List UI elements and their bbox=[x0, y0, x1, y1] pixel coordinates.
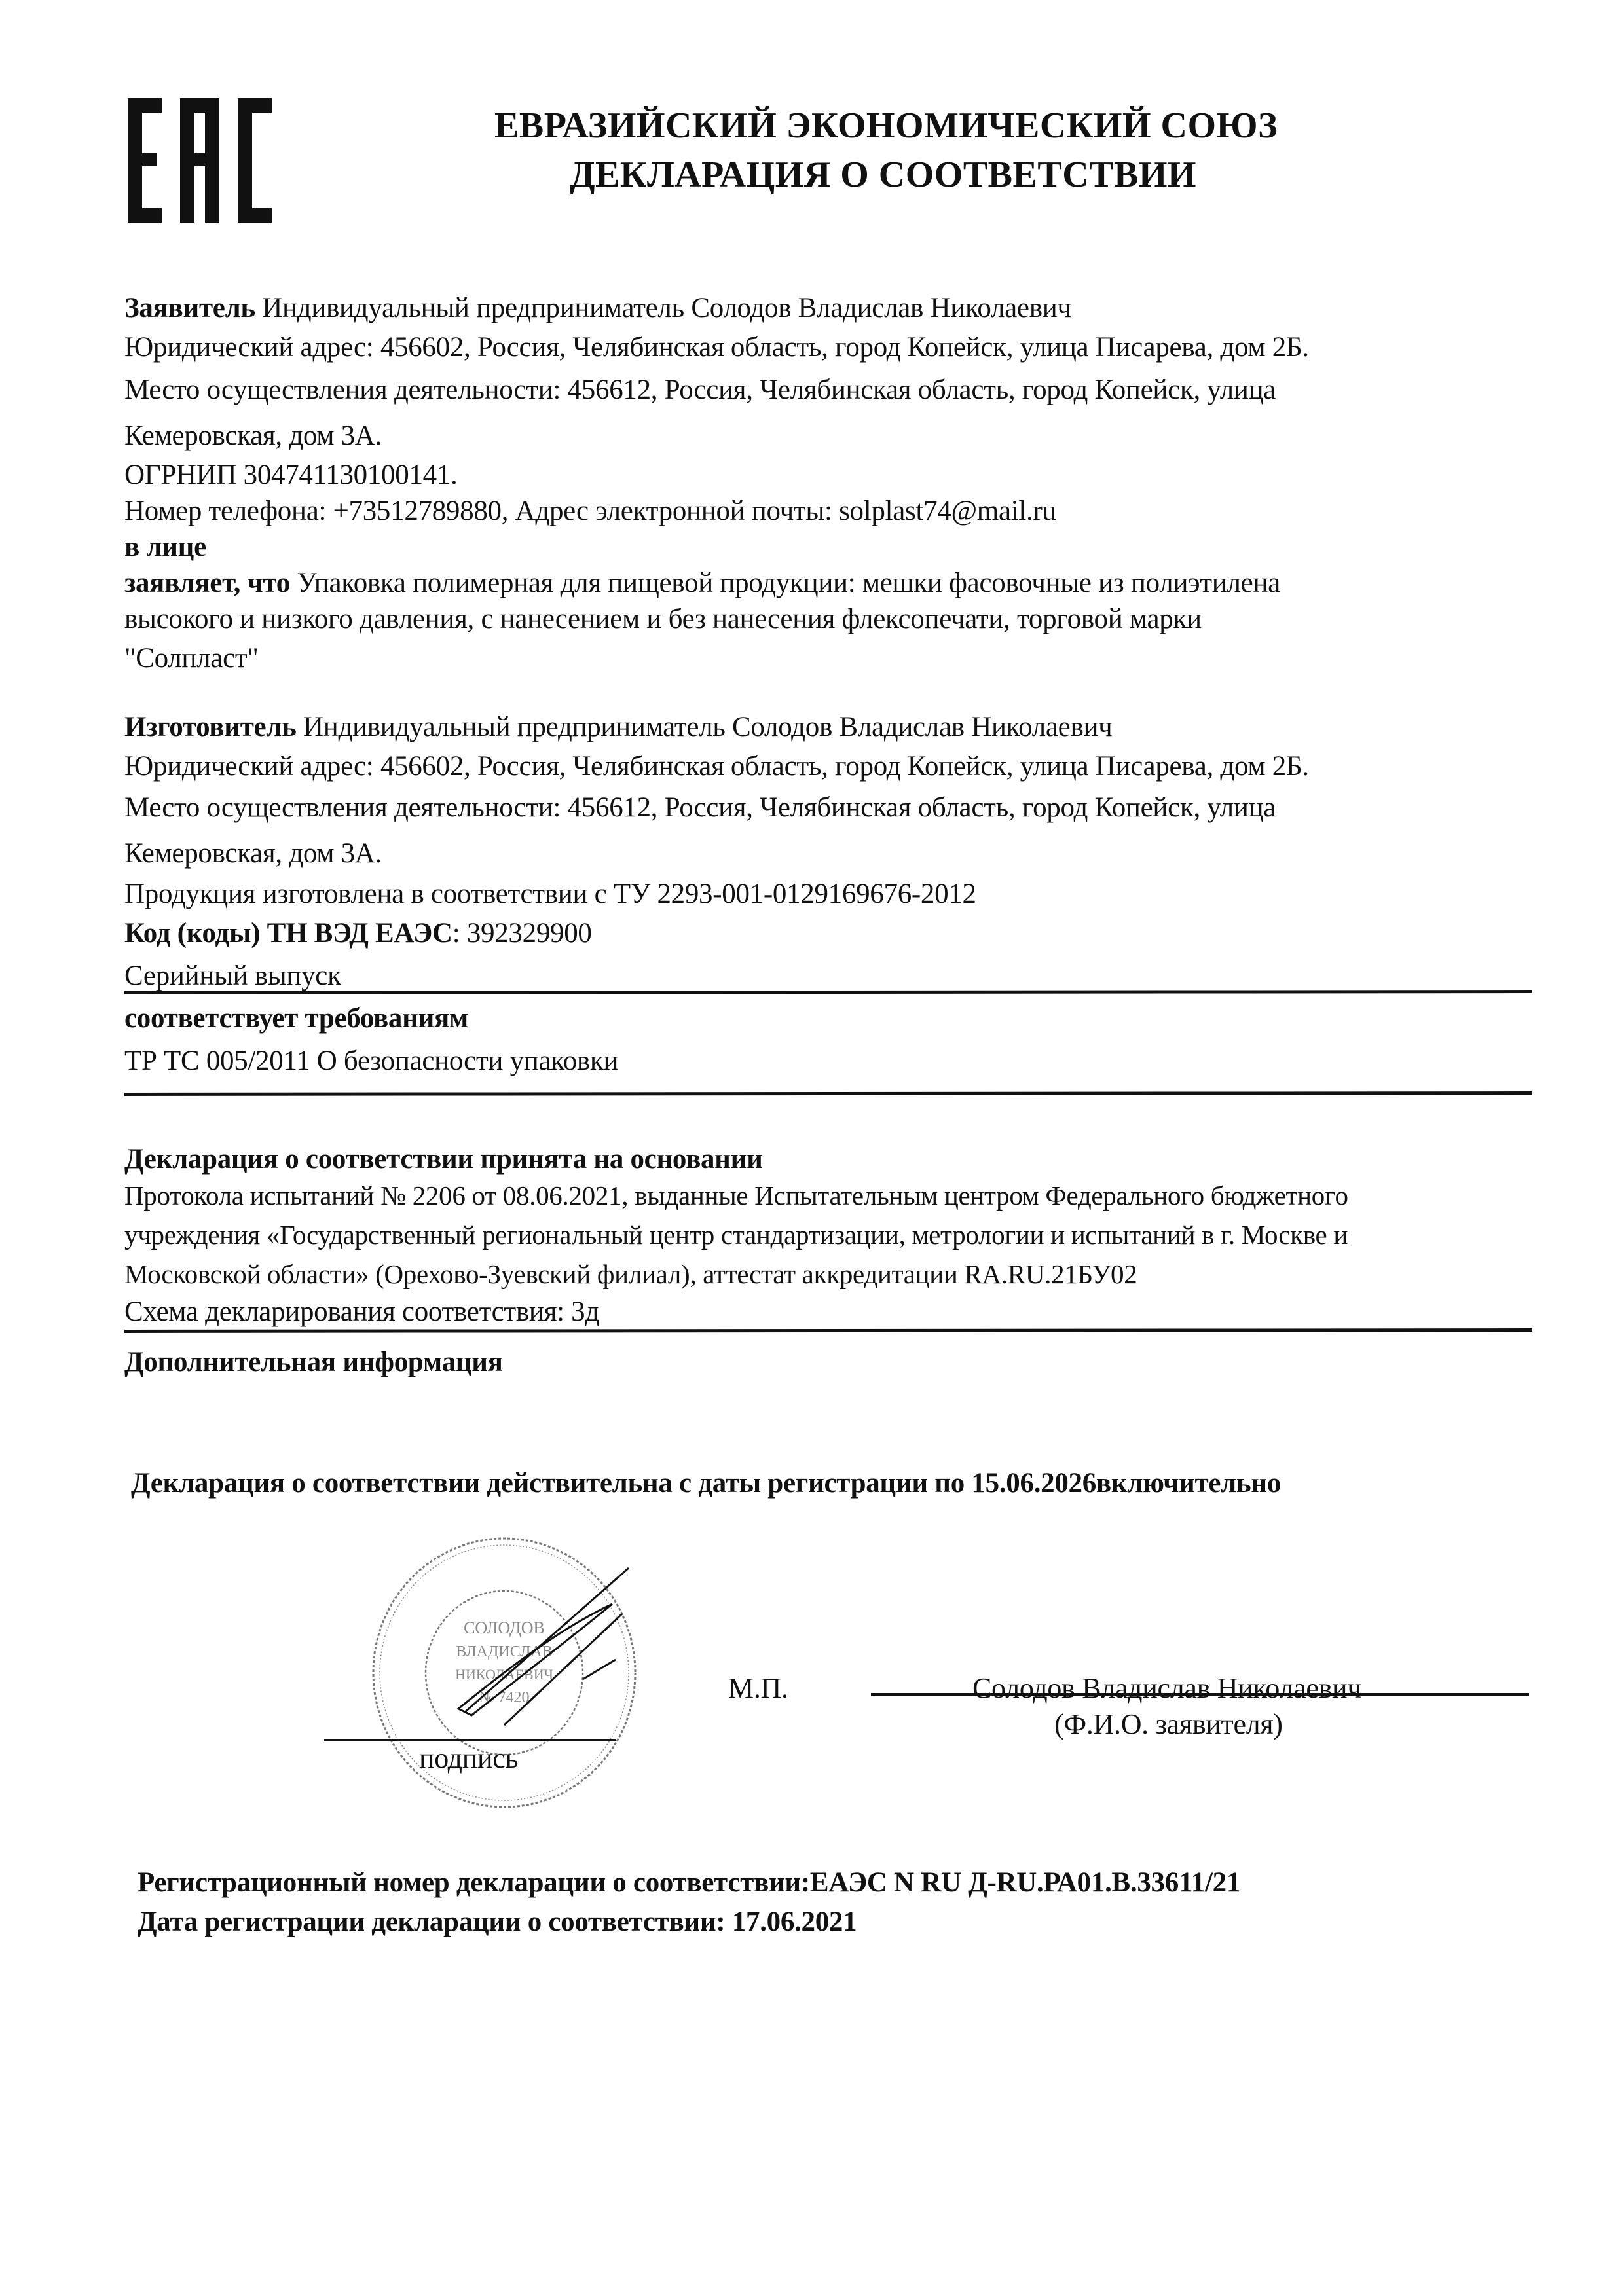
manufacturer-legal-address: Юридический адрес: 456602, Россия, Челяб… bbox=[124, 750, 1309, 784]
applicant-line: Заявитель Индивидуальный предприниматель… bbox=[124, 291, 1071, 325]
declaration-scheme: Схема декларирования соответствия: 3д bbox=[124, 1295, 599, 1329]
tnved-label: Код (коды) ТН ВЭД ЕАЭС bbox=[124, 918, 452, 949]
manufacturer-activity-address: Место осуществления деятельности: 456612… bbox=[124, 791, 1276, 825]
divider bbox=[124, 1091, 1532, 1096]
applicant-contacts: Номер телефона: +73512789880, Адрес элек… bbox=[124, 494, 1056, 528]
applicant-ogrnip: ОГРНИП 304741130100141. bbox=[124, 458, 458, 492]
requirements-label: соответствует требованиям bbox=[124, 1002, 468, 1036]
svg-text:СОЛОДОВ: СОЛОДОВ bbox=[464, 1618, 545, 1637]
applicant-name: Индивидуальный предприниматель Солодов В… bbox=[262, 293, 1071, 323]
svg-text:ВЛАДИСЛАВ: ВЛАДИСЛАВ bbox=[456, 1643, 552, 1660]
basis-protocol-cont: Московской области» (Орехово-Зуевский фи… bbox=[124, 1257, 1137, 1291]
product-description: Упаковка полимерная для пищевой продукци… bbox=[297, 568, 1280, 598]
registration-date-value: 17.06.2021 bbox=[732, 1906, 857, 1937]
declares-label: заявляет, что bbox=[124, 568, 290, 598]
declares-line: заявляет, что Упаковка полимерная для пи… bbox=[124, 566, 1280, 600]
manufacturer-line: Изготовитель Индивидуальный предпринимат… bbox=[124, 710, 1112, 744]
additional-info-label: Дополнительная информация bbox=[124, 1345, 503, 1379]
signer-name-line bbox=[871, 1693, 1529, 1696]
product-brand: "Солпласт" bbox=[124, 642, 259, 676]
tnved-line: Код (коды) ТН ВЭД ЕАЭС: 392329900 bbox=[124, 917, 592, 951]
registration-number-value: ЕАЭС N RU Д-RU.РА01.В.33611/21 bbox=[810, 1867, 1240, 1898]
registration-number-line: Регистрационный номер декларации о соотв… bbox=[138, 1866, 1240, 1900]
union-title: ЕВРАЗИЙСКИЙ ЭКОНОМИЧЕСКИЙ СОЮЗ bbox=[494, 105, 1477, 147]
basis-label: Декларация о соответствии принята на осн… bbox=[124, 1142, 763, 1176]
in-person-label: в лице bbox=[124, 530, 206, 564]
seal-label: М.П. bbox=[728, 1671, 788, 1705]
manufacturer-name: Индивидуальный предприниматель Солодов В… bbox=[303, 712, 1112, 742]
divider bbox=[124, 990, 1532, 994]
registration-date-line: Дата регистрации декларации о соответств… bbox=[138, 1905, 857, 1939]
basis-protocol-cont: учреждения «Государственный региональный… bbox=[124, 1218, 1348, 1252]
applicant-activity-address: Место осуществления деятельности: 456612… bbox=[124, 373, 1276, 407]
product-description-cont: высокого и низкого давления, с нанесение… bbox=[124, 602, 1202, 636]
validity-statement: Декларация о соответствии действительна … bbox=[131, 1467, 1281, 1501]
release-type: Серийный выпуск bbox=[124, 959, 341, 993]
signer-caption: (Ф.И.О. заявителя) bbox=[1054, 1707, 1283, 1741]
registration-number-label: Регистрационный номер декларации о соотв… bbox=[138, 1867, 810, 1898]
applicant-legal-address: Юридический адрес: 456602, Россия, Челяб… bbox=[124, 331, 1309, 365]
manufacturer-activity-address-cont: Кемеровская, дом 3А. bbox=[124, 837, 382, 871]
manufacturer-tu: Продукция изготовлена в соответствии с Т… bbox=[124, 877, 976, 911]
applicant-activity-address-cont: Кемеровская, дом 3А. bbox=[124, 419, 382, 453]
signature-label: подпись bbox=[419, 1741, 518, 1776]
manufacturer-label: Изготовитель bbox=[124, 712, 297, 742]
svg-text:НИКОЛАЕВИЧ: НИКОЛАЕВИЧ bbox=[455, 1666, 553, 1683]
applicant-label: Заявитель bbox=[124, 293, 255, 323]
tnved-value: : 392329900 bbox=[452, 918, 592, 949]
eac-mark-icon bbox=[128, 98, 275, 223]
basis-protocol: Протокола испытаний № 2206 от 08.06.2021… bbox=[124, 1178, 1348, 1212]
divider bbox=[124, 1328, 1532, 1333]
signer-name: Солодов Владислав Николаевич bbox=[972, 1671, 1361, 1705]
requirements-value: ТР ТС 005/2011 О безопасности упаковки bbox=[124, 1044, 618, 1078]
document-title: ДЕКЛАРАЦИЯ О СООТВЕТСТВИИ bbox=[570, 154, 1552, 196]
registration-date-label: Дата регистрации декларации о соответств… bbox=[138, 1906, 732, 1937]
